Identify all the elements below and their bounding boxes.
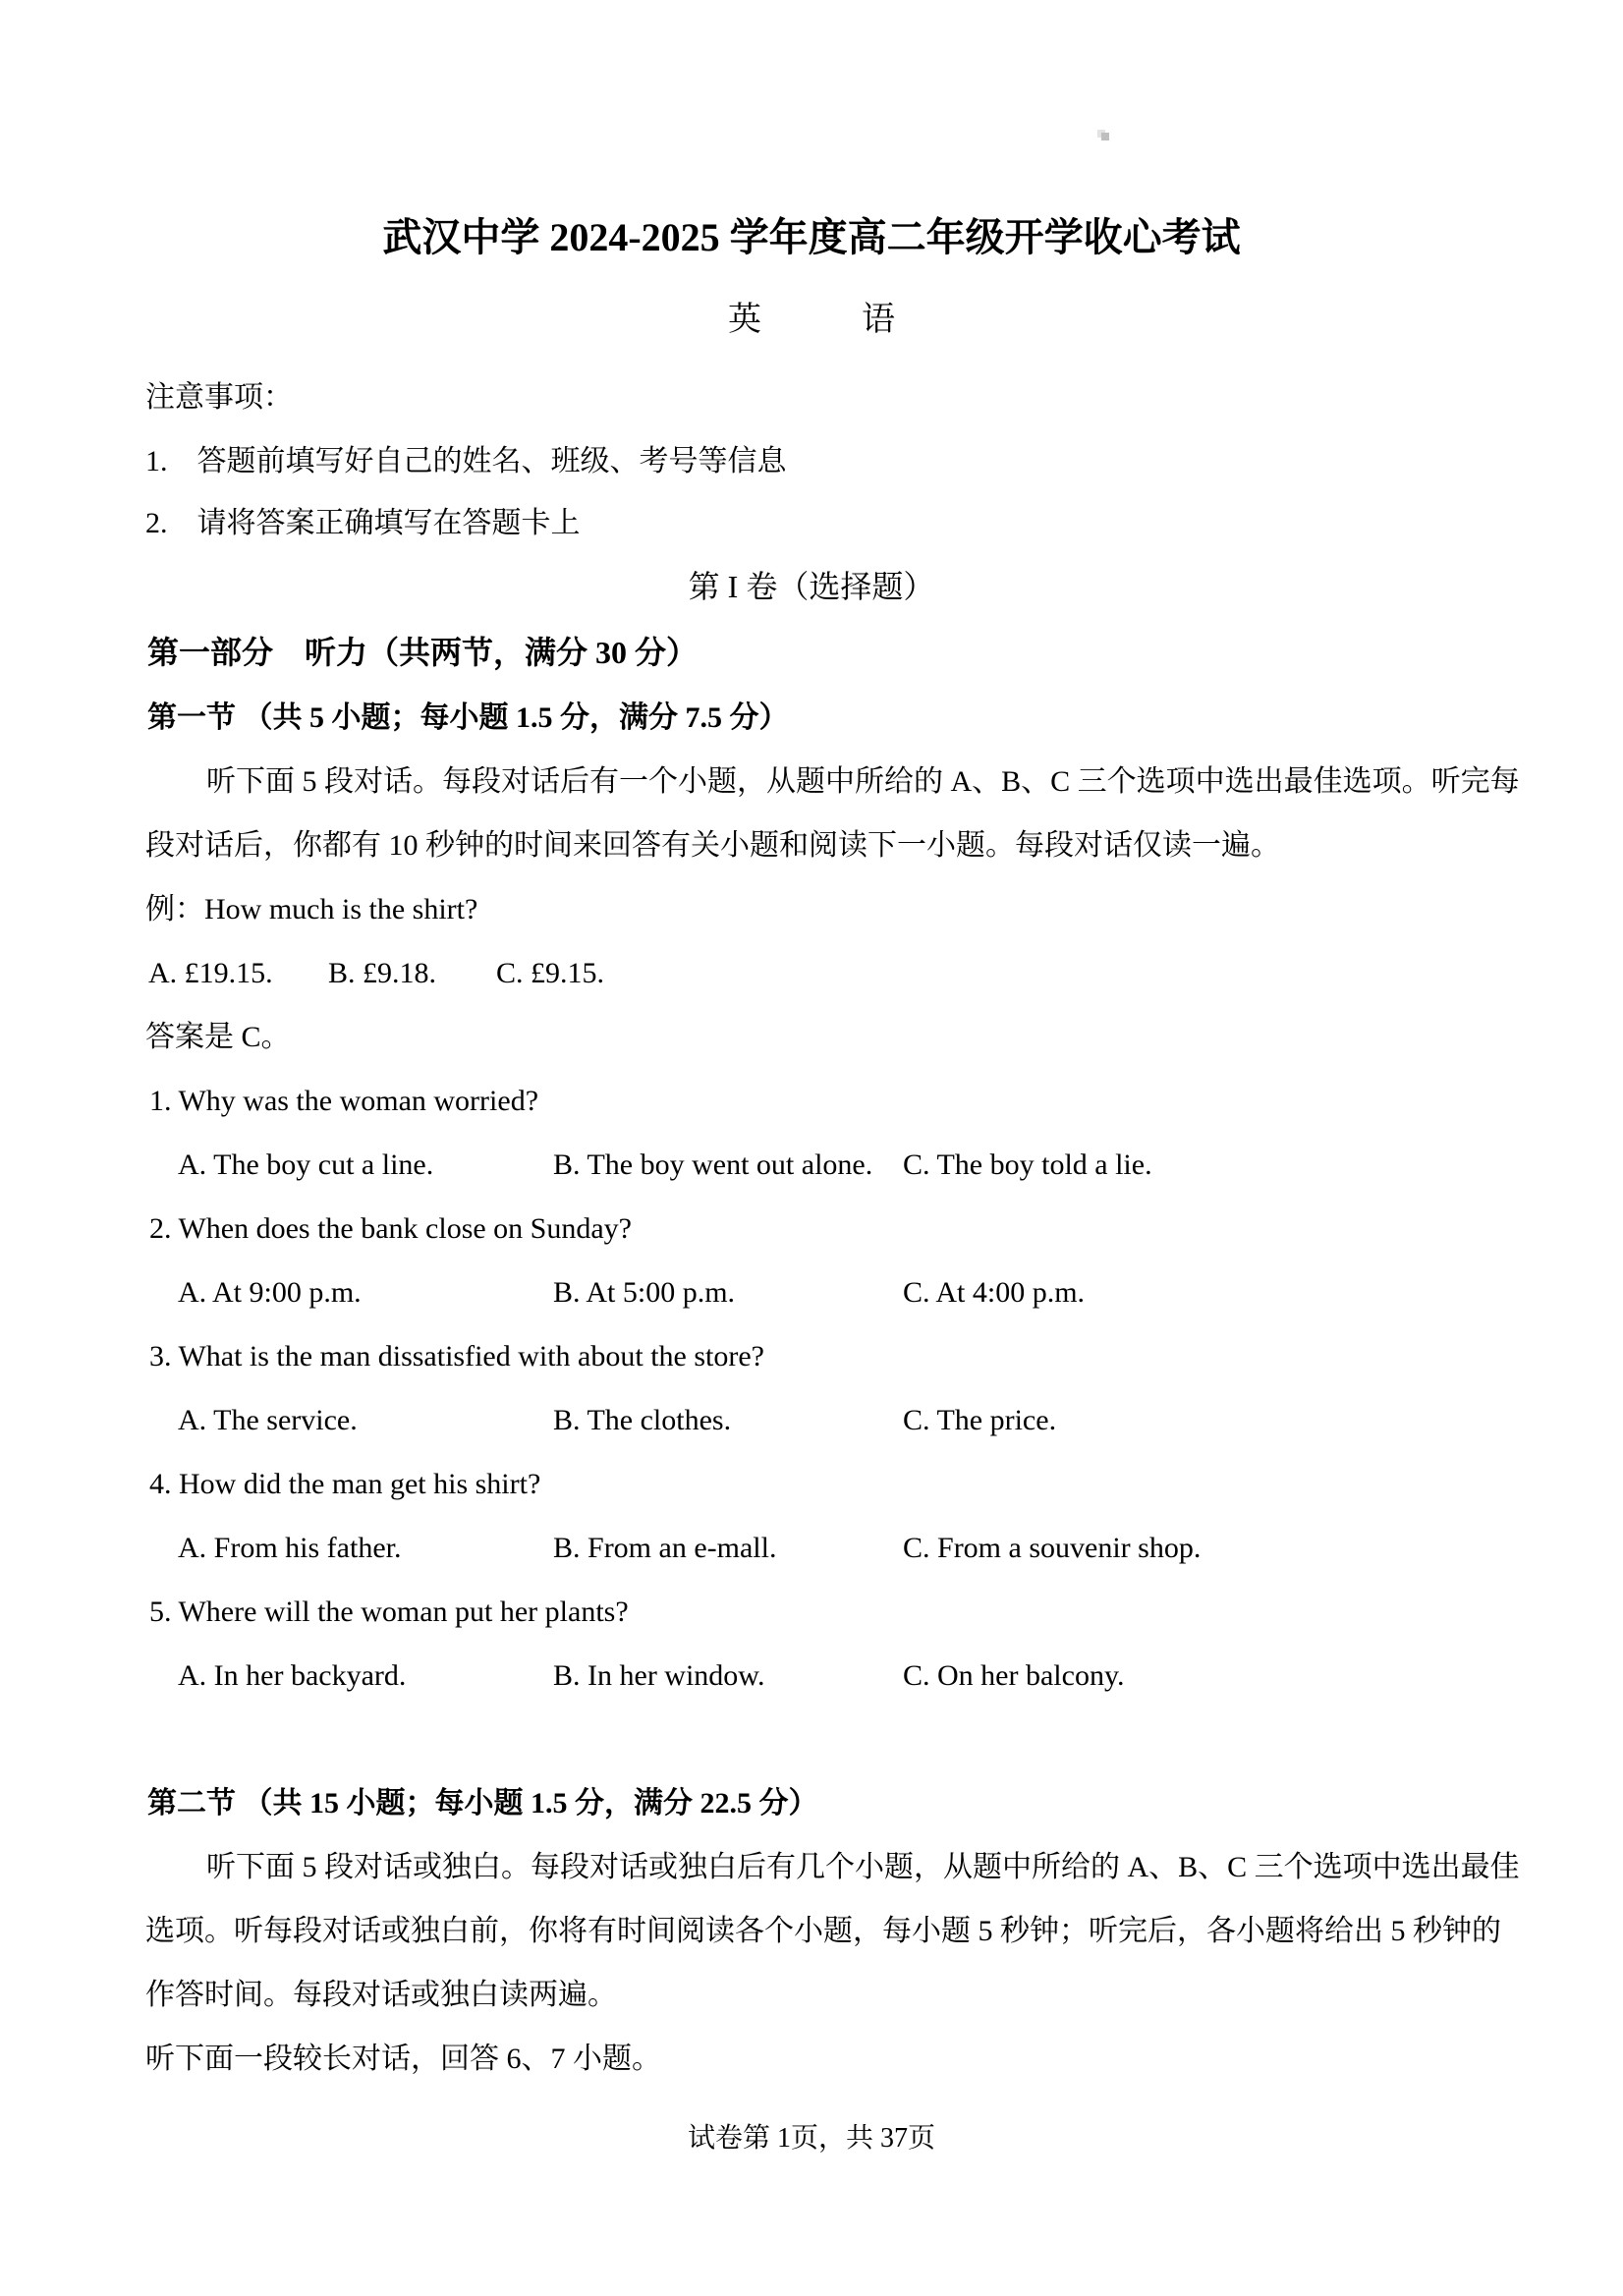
question-3-options-row: A. The service. B. The clothes. C. The p…: [0, 1388, 1623, 1452]
question-2-option-b: B. At 5:00 p.m.: [553, 1260, 735, 1324]
section2-instruction-line-1: 听下面 5 段对话或独白。每段对话或独白后有几个小题，从题中所给的 A、B、C …: [206, 1835, 1520, 1899]
section2-instruction-line-2: 选项。听每段对话或独白前，你将有时间阅读各个小题，每小题 5 秒钟；听完后，各小…: [145, 1899, 1501, 1963]
page-title: 武汉中学 2024-2025 学年度高二年级开学收心考试: [0, 205, 1623, 269]
question-4-text: 4. How did the man get his shirt?: [149, 1452, 540, 1516]
question-2-options-row: A. At 9:00 p.m. B. At 5:00 p.m. C. At 4:…: [0, 1260, 1623, 1324]
question-5-text: 5. Where will the woman put her plants?: [149, 1580, 629, 1644]
question-1-option-b: B. The boy went out alone.: [553, 1133, 872, 1197]
question-2-option-a: A. At 9:00 p.m.: [178, 1260, 362, 1324]
question-3-option-b: B. The clothes.: [553, 1388, 731, 1452]
question-1-text: 1. Why was the woman worried?: [149, 1069, 538, 1133]
question-4-option-c: C. From a souvenir shop.: [903, 1516, 1201, 1580]
question-5-option-a: A. In her backyard.: [178, 1644, 406, 1708]
page-footer: 试卷第 1页，共 37页: [0, 2106, 1623, 2170]
question-3-text: 3. What is the man dissatisfied with abo…: [149, 1324, 764, 1388]
question-4-options-row: A. From his father. B. From an e-mall. C…: [0, 1516, 1623, 1580]
example-options-row: A. £19.15. B. £9.18. C. £9.15.: [0, 941, 1623, 1005]
example-answer-note: 答案是 C。: [145, 1005, 291, 1069]
section2-heading: 第二节 （共 15 小题；每小题 1.5 分，满分 22.5 分）: [147, 1771, 818, 1835]
notice-heading: 注意事项：: [145, 365, 293, 429]
question-2-text: 2. When does the bank close on Sunday?: [149, 1197, 632, 1260]
section2-instruction-line-3: 作答时间。每段对话或独白读两遍。: [145, 1963, 617, 2027]
question-5-options-row: A. In her backyard. B. In her window. C.…: [0, 1644, 1623, 1708]
section1-instruction-line-2: 段对话后，你都有 10 秒钟的时间来回答有关小题和阅读下一小题。每段对话仅读一遍…: [145, 813, 1280, 877]
question-3-option-c: C. The price.: [903, 1388, 1056, 1452]
scan-artifact-dot: [1101, 133, 1109, 140]
part1-heading: 第一部分 听力（共两节，满分 30 分）: [147, 621, 698, 685]
question-4-option-b: B. From an e-mall.: [553, 1516, 776, 1580]
question-1-option-c: C. The boy told a lie.: [903, 1133, 1152, 1197]
exam-paper-page: 武汉中学 2024-2025 学年度高二年级开学收心考试 英 语 注意事项： 1…: [0, 0, 1623, 2296]
notice-item-2: 2. 请将答案正确填写在答题卡上: [145, 491, 581, 555]
question-4-option-a: A. From his father.: [178, 1516, 401, 1580]
section1-heading: 第一节 （共 5 小题；每小题 1.5 分，满分 7.5 分）: [147, 686, 789, 750]
question-1-options-row: A. The boy cut a line. B. The boy went o…: [0, 1133, 1623, 1197]
section1-instruction-line-1: 听下面 5 段对话。每段对话后有一个小题，从题中所给的 A、B、C 三个选项中选…: [206, 750, 1520, 813]
subject-title: 英 语: [0, 288, 1623, 352]
question-1-option-a: A. The boy cut a line.: [178, 1133, 433, 1197]
example-question: 例：How much is the shirt?: [145, 877, 477, 941]
example-option-b: B. £9.18.: [328, 941, 436, 1005]
question-3-option-a: A. The service.: [178, 1388, 358, 1452]
question-5-option-c: C. On her balcony.: [903, 1644, 1125, 1708]
volume-heading: 第 I 卷（选择题）: [0, 555, 1623, 619]
section2-lead-in: 听下面一段较长对话，回答 6、7 小题。: [145, 2027, 661, 2091]
question-5-option-b: B. In her window.: [553, 1644, 765, 1708]
question-2-option-c: C. At 4:00 p.m.: [903, 1260, 1085, 1324]
notice-item-1: 1. 答题前填写好自己的姓名、班级、考号等信息: [145, 429, 787, 493]
example-option-a: A. £19.15.: [148, 941, 273, 1005]
example-option-c: C. £9.15.: [496, 941, 604, 1005]
